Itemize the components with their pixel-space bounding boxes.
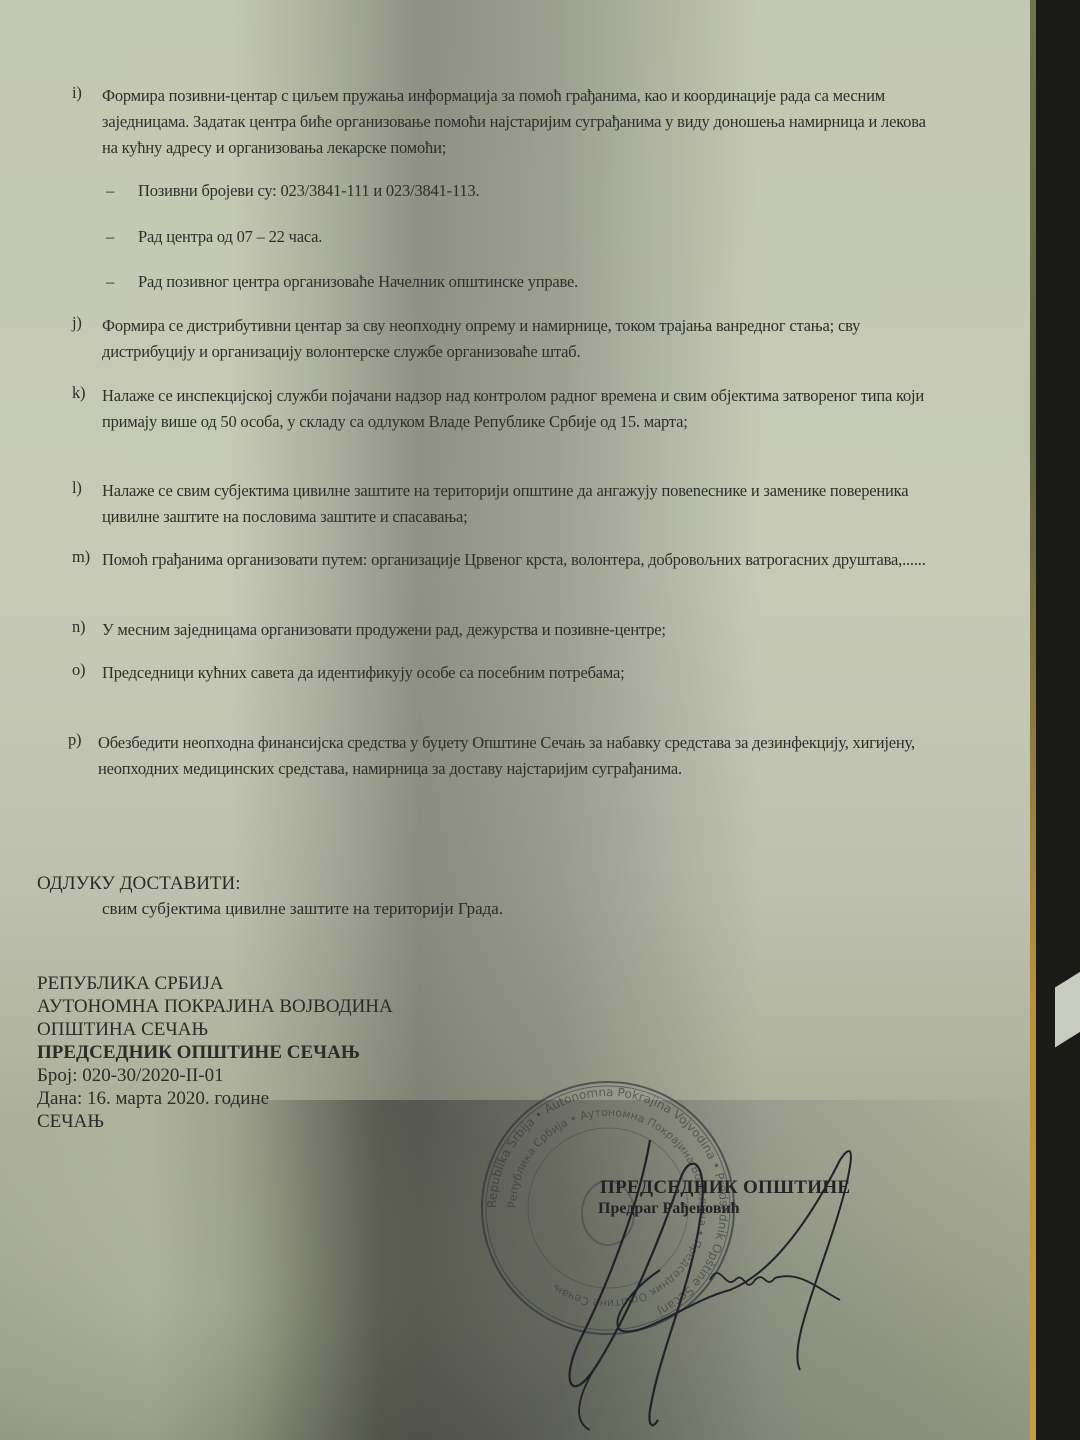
item-text: Формира позивни-центар с циљем пружања и… bbox=[102, 83, 942, 161]
sub-item-text: Позивни бројеви су: 023/3841-111 и 023/3… bbox=[138, 181, 479, 200]
item-marker: k) bbox=[72, 383, 100, 403]
list-item-m: m) Помоћ грађанима организовати путем: о… bbox=[72, 547, 942, 573]
issuer-municipality: ОПШТИНА СЕЧАЊ bbox=[37, 1018, 393, 1041]
list-item-n: n) У месним заједницама организовати про… bbox=[72, 617, 942, 643]
item-text: Налаже се инспекцијској служби појачани … bbox=[102, 383, 942, 435]
document-page: i) Формира позивни-центар с циљем пружањ… bbox=[0, 0, 1032, 1440]
item-marker: m) bbox=[72, 547, 100, 567]
list-item-l: l) Налаже се свим субјектима цивилне заш… bbox=[72, 478, 942, 530]
item-text: Председници кућних савета да идентификуј… bbox=[102, 660, 942, 686]
item-marker: j) bbox=[72, 313, 100, 333]
dash-marker: – bbox=[106, 178, 138, 204]
issuer-office: ПРЕДСЕДНИК ОПШТИНЕ СЕЧАЊ bbox=[37, 1041, 393, 1064]
document-number: Број: 020-30/2020-II-01 bbox=[37, 1064, 393, 1087]
list-item-j: j) Формира се дистрибутивни центар за св… bbox=[72, 313, 942, 365]
dash-marker: – bbox=[106, 224, 138, 250]
dash-marker: – bbox=[106, 269, 138, 295]
item-marker: n) bbox=[72, 617, 100, 637]
sub-item-organizer: –Рад позивног центра организоваће Начелн… bbox=[106, 269, 578, 295]
background-sheet bbox=[1055, 963, 1080, 1048]
item-text: У месним заједницама организовати продуж… bbox=[102, 617, 942, 643]
list-item-p: p) Обезбедити неопходна финансијска сред… bbox=[68, 730, 938, 782]
item-text: Обезбедити неопходна финансијска средств… bbox=[98, 730, 938, 782]
item-marker: o) bbox=[72, 660, 100, 680]
item-text: Формира се дистрибутивни центар за сву н… bbox=[102, 313, 942, 365]
item-marker: i) bbox=[72, 83, 100, 103]
sub-item-hours: –Рад центра од 07 – 22 часа. bbox=[106, 224, 322, 250]
issuer-province: АУТОНОМНА ПОКРАЈИНА ВОЈВОДИНА bbox=[37, 995, 393, 1018]
page-edge bbox=[1030, 0, 1036, 1440]
issuer-country: РЕПУБЛИКА СРБИЈА bbox=[37, 972, 393, 995]
item-text: Помоћ грађанима организовати путем: орга… bbox=[102, 547, 942, 573]
sub-item-text: Рад центра од 07 – 22 часа. bbox=[138, 227, 322, 246]
list-item-o: o) Председници кућних савета да идентифи… bbox=[72, 660, 942, 686]
list-item-k: k) Налаже се инспекцијској служби појача… bbox=[72, 383, 942, 435]
document-place: СЕЧАЊ bbox=[37, 1110, 393, 1133]
delivery-recipients: свим субјектима цивилне заштите на терит… bbox=[102, 899, 503, 919]
delivery-title: ОДЛУКУ ДОСТАВИТИ: bbox=[37, 873, 241, 895]
issuer-block: РЕПУБЛИКА СРБИЈА АУТОНОМНА ПОКРАЈИНА ВОЈ… bbox=[37, 972, 393, 1133]
item-marker: l) bbox=[72, 478, 100, 498]
sub-item-phone-numbers: –Позивни бројеви су: 023/3841-111 и 023/… bbox=[106, 178, 479, 204]
sub-item-text: Рад позивног центра организоваће Начелни… bbox=[138, 272, 578, 291]
item-marker: p) bbox=[68, 730, 96, 750]
document-date: Дана: 16. марта 2020. године bbox=[37, 1087, 393, 1110]
handwritten-signature-icon bbox=[540, 1120, 900, 1440]
item-text: Налаже се свим субјектима цивилне заштит… bbox=[102, 478, 942, 530]
list-item-i: i) Формира позивни-центар с циљем пружањ… bbox=[72, 83, 942, 161]
